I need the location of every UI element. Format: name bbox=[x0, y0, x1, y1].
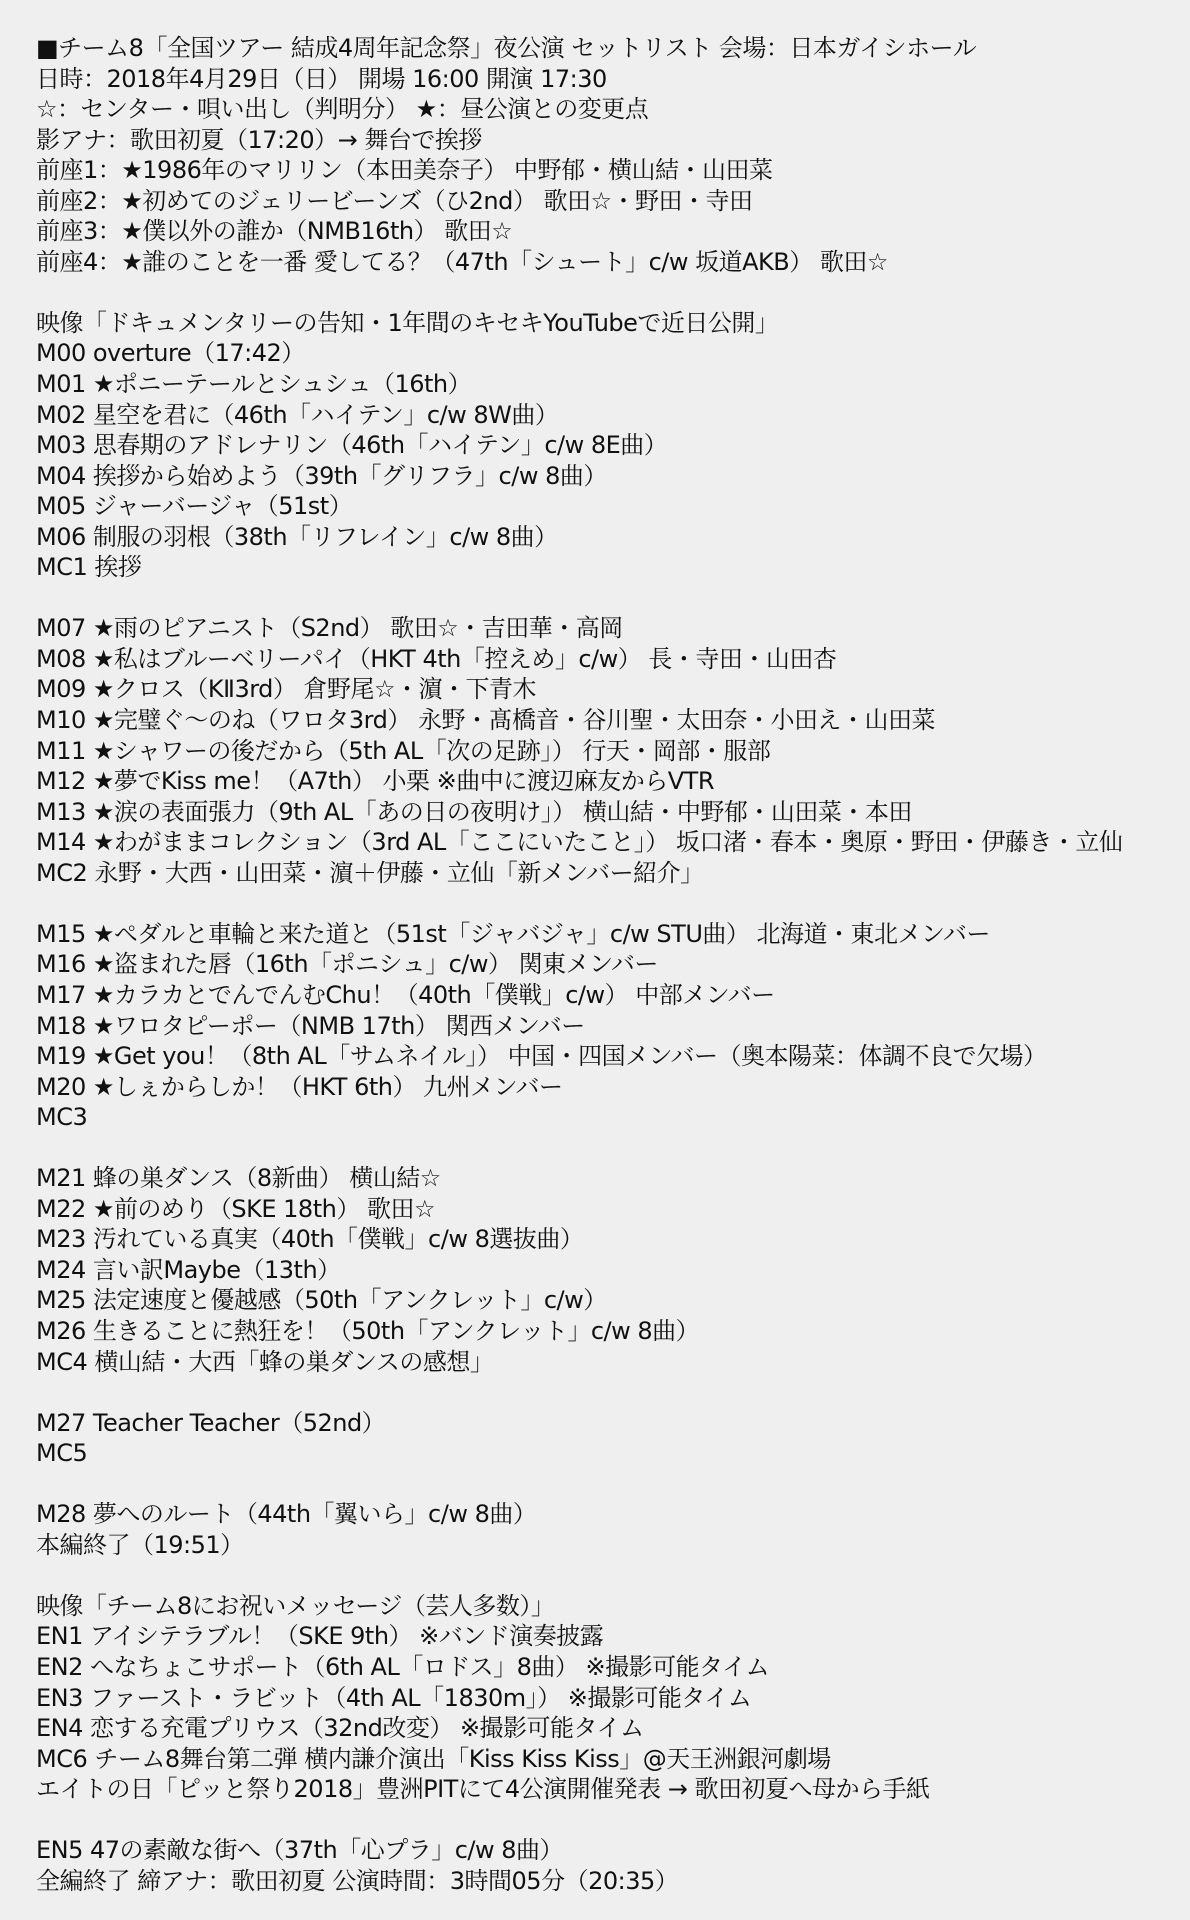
setlist-item-mc1: MC1 挨拶 bbox=[36, 552, 1186, 583]
setlist-item-m02: M02 星空を君に（46th「ハイテン」c/w 8W曲） bbox=[36, 400, 1186, 431]
setlist-item-en1: EN1 アイシテラブル！（SKE 9th） ※バンド演奏披露 bbox=[36, 1621, 1186, 1652]
spacer bbox=[36, 888, 1186, 919]
announcement-line: エイトの日「ピッと祭り2018」豊洲PITにて4公演開催発表 → 歌田初夏へ母か… bbox=[36, 1774, 1186, 1805]
setlist-item-m17: M17 ★カラカとでんでんむChu！（40th「僕戦」c/w） 中部メンバー bbox=[36, 980, 1186, 1011]
setlist-item-m23: M23 汚れている真実（40th「僕戦」c/w 8選抜曲） bbox=[36, 1224, 1186, 1255]
setlist-item-m20: M20 ★しぇからしか！（HKT 6th） 九州メンバー bbox=[36, 1072, 1186, 1103]
setlist-item-en4: EN4 恋する充電プリウス（32nd改変） ※撮影可能タイム bbox=[36, 1713, 1186, 1744]
shadow-announcement-line: 影アナ：歌田初夏（17:20）→ 舞台で挨拶 bbox=[36, 125, 1186, 156]
setlist-item-m00: M00 overture（17:42） bbox=[36, 338, 1186, 369]
opening-act-4: 前座4：★誰のことを一番 愛してる？（47th「シュート」c/w 坂道AKB） … bbox=[36, 247, 1186, 278]
setlist-item-m04: M04 挨拶から始めよう（39th「グリフラ」c/w 8曲） bbox=[36, 461, 1186, 492]
title-line: ■チーム8「全国ツアー 結成4周年記念祭」夜公演 セットリスト 会場：日本ガイシ… bbox=[36, 33, 1186, 64]
setlist-item-mc5: MC5 bbox=[36, 1438, 1186, 1469]
setlist-item-m13: M13 ★涙の表面張力（9th AL「あの日の夜明け」） 横山結・中野郁・山田菜… bbox=[36, 797, 1186, 828]
spacer bbox=[36, 1805, 1186, 1836]
setlist-item-mc4: MC4 横山結・大西「蜂の巣ダンスの感想」 bbox=[36, 1347, 1186, 1378]
spacer bbox=[36, 1560, 1186, 1591]
setlist-item-m11: M11 ★シャワーの後だから（5th AL「次の足跡」） 行天・岡部・服部 bbox=[36, 736, 1186, 767]
setlist-item-m21: M21 蜂の巣ダンス（8新曲） 横山結☆ bbox=[36, 1163, 1186, 1194]
spacer bbox=[36, 1469, 1186, 1500]
setlist-item-m18: M18 ★ワロタピーポー（NMB 17th） 関西メンバー bbox=[36, 1011, 1186, 1042]
setlist-item-m24: M24 言い訳Maybe（13th） bbox=[36, 1255, 1186, 1286]
spacer bbox=[36, 1133, 1186, 1164]
setlist-document: ■チーム8「全国ツアー 結成4周年記念祭」夜公演 セットリスト 会場：日本ガイシ… bbox=[36, 33, 1186, 1896]
setlist-item-m22: M22 ★前のめり（SKE 18th） 歌田☆ bbox=[36, 1194, 1186, 1225]
opening-act-3: 前座3：★僕以外の誰か（NMB16th） 歌田☆ bbox=[36, 216, 1186, 247]
setlist-item-m19: M19 ★Get you！（8th AL「サムネイル」） 中国・四国メンバー（奥… bbox=[36, 1041, 1186, 1072]
setlist-item-m03: M03 思春期のアドレナリン（46th「ハイテン」c/w 8E曲） bbox=[36, 430, 1186, 461]
setlist-item-mc2: MC2 永野・大西・山田菜・濵＋伊藤・立仙「新メンバー紹介」 bbox=[36, 858, 1186, 889]
setlist-item-m25: M25 法定速度と優越感（50th「アンクレット」c/w） bbox=[36, 1285, 1186, 1316]
setlist-item-m15: M15 ★ペダルと車輪と来た道と（51st「ジャバジャ」c/w STU曲） 北海… bbox=[36, 919, 1186, 950]
setlist-item-m09: M09 ★クロス（KⅡ3rd） 倉野尾☆・濵・下青木 bbox=[36, 674, 1186, 705]
setlist-item-m08: M08 ★私はブルーベリーパイ（HKT 4th「控えめ」c/w） 長・寺田・山田… bbox=[36, 644, 1186, 675]
setlist-item-mc3: MC3 bbox=[36, 1102, 1186, 1133]
setlist-item-m14: M14 ★わがままコレクション（3rd AL「ここにいたこと」） 坂口渚・春本・… bbox=[36, 827, 1186, 858]
video-line-1: 映像「ドキュメンタリーの告知・1年間のキセキYouTubeで近日公開」 bbox=[36, 308, 1186, 339]
opening-act-2: 前座2：★初めてのジェリービーンズ（ひ2nd） 歌田☆・野田・寺田 bbox=[36, 186, 1186, 217]
setlist-item-m06: M06 制服の羽根（38th「リフレイン」c/w 8曲） bbox=[36, 522, 1186, 553]
legend-line: ☆：センター・唄い出し（判明分） ★：昼公演との変更点 bbox=[36, 94, 1186, 125]
opening-act-1: 前座1：★1986年のマリリン（本田美奈子） 中野郁・横山結・山田菜 bbox=[36, 155, 1186, 186]
setlist-item-m01: M01 ★ポニーテールとシュシュ（16th） bbox=[36, 369, 1186, 400]
video-line-2: 映像「チーム8にお祝いメッセージ（芸人多数）」 bbox=[36, 1591, 1186, 1622]
setlist-item-m12: M12 ★夢でKiss me！（A7th） 小栗 ※曲中に渡辺麻友からVTR bbox=[36, 766, 1186, 797]
setlist-item-m07: M07 ★雨のピアニスト（S2nd） 歌田☆・吉田華・高岡 bbox=[36, 613, 1186, 644]
setlist-item-en5: EN5 47の素敵な街へ（37th「心プラ」c/w 8曲） bbox=[36, 1835, 1186, 1866]
spacer bbox=[36, 277, 1186, 308]
setlist-item-m27: M27 Teacher Teacher（52nd） bbox=[36, 1408, 1186, 1439]
setlist-item-m16: M16 ★盗まれた唇（16th「ポニシュ」c/w） 関東メンバー bbox=[36, 949, 1186, 980]
setlist-item-mc6: MC6 チーム8舞台第二弾 横内謙介演出「Kiss Kiss Kiss」@天王洲… bbox=[36, 1744, 1186, 1775]
datetime-line: 日時：2018年4月29日（日） 開場 16:00 開演 17:30 bbox=[36, 64, 1186, 95]
setlist-item-m10: M10 ★完璧ぐ〜のね（ワロタ3rd） 永野・髙橋音・谷川聖・太田奈・小田え・山… bbox=[36, 705, 1186, 736]
setlist-item-m26: M26 生きることに熱狂を！（50th「アンクレット」c/w 8曲） bbox=[36, 1316, 1186, 1347]
spacer bbox=[36, 1377, 1186, 1408]
setlist-item-m05: M05 ジャーバージャ（51st） bbox=[36, 491, 1186, 522]
setlist-item-m28: M28 夢へのルート（44th「翼いら」c/w 8曲） bbox=[36, 1499, 1186, 1530]
show-end-line: 全編終了 締アナ：歌田初夏 公演時間：3時間05分（20:35） bbox=[36, 1866, 1186, 1897]
setlist-item-en3: EN3 ファースト・ラビット（4th AL「1830m」） ※撮影可能タイム bbox=[36, 1683, 1186, 1714]
main-show-end: 本編終了（19:51） bbox=[36, 1530, 1186, 1561]
setlist-item-en2: EN2 へなちょこサポート（6th AL「ロドス」8曲） ※撮影可能タイム bbox=[36, 1652, 1186, 1683]
spacer bbox=[36, 583, 1186, 614]
